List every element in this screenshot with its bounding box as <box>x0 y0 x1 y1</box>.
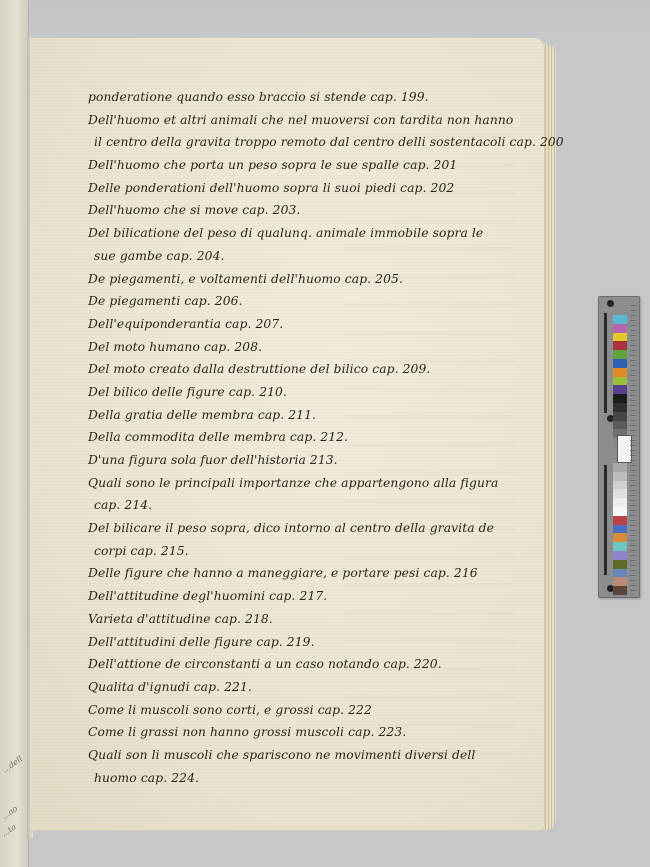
index-entry: De piegamenti, e voltamenti dell'huomo c… <box>88 268 508 291</box>
index-entry: Quali sono le principali importanze che … <box>88 472 508 495</box>
facing-page-edge: ...dell ...ao ...to <box>0 0 29 867</box>
index-entry: ponderatione quando esso braccio si sten… <box>88 86 508 109</box>
color-swatch <box>613 359 627 368</box>
index-entry: Del moto humano cap. 208. <box>88 336 508 359</box>
index-entry: Della gratia delle membra cap. 211. <box>88 404 508 427</box>
color-swatch <box>613 412 627 421</box>
lower-swatch-column <box>613 463 627 595</box>
index-entry: Dell'huomo che si move cap. 203. <box>88 199 508 222</box>
index-entry: Dell'huomo che porta un peso sopra le su… <box>88 154 508 177</box>
color-swatch <box>613 421 627 430</box>
index-entry: Delle ponderationi dell'huomo sopra li s… <box>88 177 508 200</box>
margin-note: ...ao <box>0 804 19 821</box>
upper-swatch-column <box>613 315 627 447</box>
color-swatch <box>613 350 627 359</box>
color-swatch <box>613 542 627 551</box>
color-swatch <box>613 560 627 569</box>
color-swatch <box>613 385 627 394</box>
index-entry: cap. 214. <box>88 494 508 517</box>
color-swatch <box>613 333 627 342</box>
index-entry: Del moto creato dalla destruttione del b… <box>88 358 508 381</box>
color-swatch <box>613 463 627 472</box>
index-entry: Dell'attione de circonstanti a un caso n… <box>88 653 508 676</box>
chapter-index: ponderatione quando esso braccio si sten… <box>88 86 508 789</box>
index-entry: Come li grassi non hanno grossi muscoli … <box>88 721 508 744</box>
color-calibration-target <box>598 296 640 598</box>
color-swatch <box>613 489 627 498</box>
index-entry: D'una figura sola fuor dell'historia 213… <box>88 449 508 472</box>
color-swatch <box>613 533 627 542</box>
index-entry: Del bilicare il peso sopra, dico intorno… <box>88 517 508 540</box>
density-strip <box>604 465 607 575</box>
color-swatch <box>613 315 627 324</box>
index-entry: Del bilicatione del peso di qualunq. ani… <box>88 222 508 245</box>
index-entry: Quali son li muscoli che spariscono ne m… <box>88 744 508 767</box>
index-entry: corpi cap. 215. <box>88 540 508 563</box>
index-entry: Della commodita delle membra cap. 212. <box>88 426 508 449</box>
color-swatch <box>613 516 627 525</box>
index-entry: Dell'equiponderantia cap. 207. <box>88 313 508 336</box>
color-swatch <box>613 577 627 586</box>
color-swatch <box>613 377 627 386</box>
index-entry: huomo cap. 224. <box>88 767 508 790</box>
index-entry: De piegamenti cap. 206. <box>88 290 508 313</box>
margin-note: ...dell <box>0 754 24 774</box>
index-entry: Dell'attitudine degl'huomini cap. 217. <box>88 585 508 608</box>
margin-note: ...to <box>0 822 18 838</box>
color-swatch <box>613 481 627 490</box>
mount-hole-icon <box>607 300 614 307</box>
index-entry: Dell'attitudini delle figure cap. 219. <box>88 631 508 654</box>
color-swatch <box>613 472 627 481</box>
color-swatch <box>613 498 627 507</box>
index-entry: Come li muscoli sono corti, e grossi cap… <box>88 699 508 722</box>
color-swatch <box>613 507 627 516</box>
index-entry: Varieta d'attitudine cap. 218. <box>88 608 508 631</box>
color-swatch <box>613 586 627 595</box>
color-swatch <box>613 551 627 560</box>
index-entry: Dell'huomo et altri animali che nel muov… <box>88 109 508 132</box>
color-swatch <box>613 569 627 578</box>
color-swatch <box>613 403 627 412</box>
color-swatch <box>613 394 627 403</box>
color-swatch <box>613 324 627 333</box>
density-strip <box>604 313 607 413</box>
index-entry: Del bilico delle figure cap. 210. <box>88 381 508 404</box>
index-entry: sue gambe cap. 204. <box>88 245 508 268</box>
color-swatch <box>613 368 627 377</box>
index-entry: il centro della gravita troppo remoto da… <box>88 131 508 154</box>
color-swatch <box>613 525 627 534</box>
color-swatch <box>613 341 627 350</box>
index-entry: Qualita d'ignudi cap. 221. <box>88 676 508 699</box>
scale-ticks <box>630 303 636 591</box>
index-entry: Delle figure che hanno a maneggiare, e p… <box>88 562 508 585</box>
